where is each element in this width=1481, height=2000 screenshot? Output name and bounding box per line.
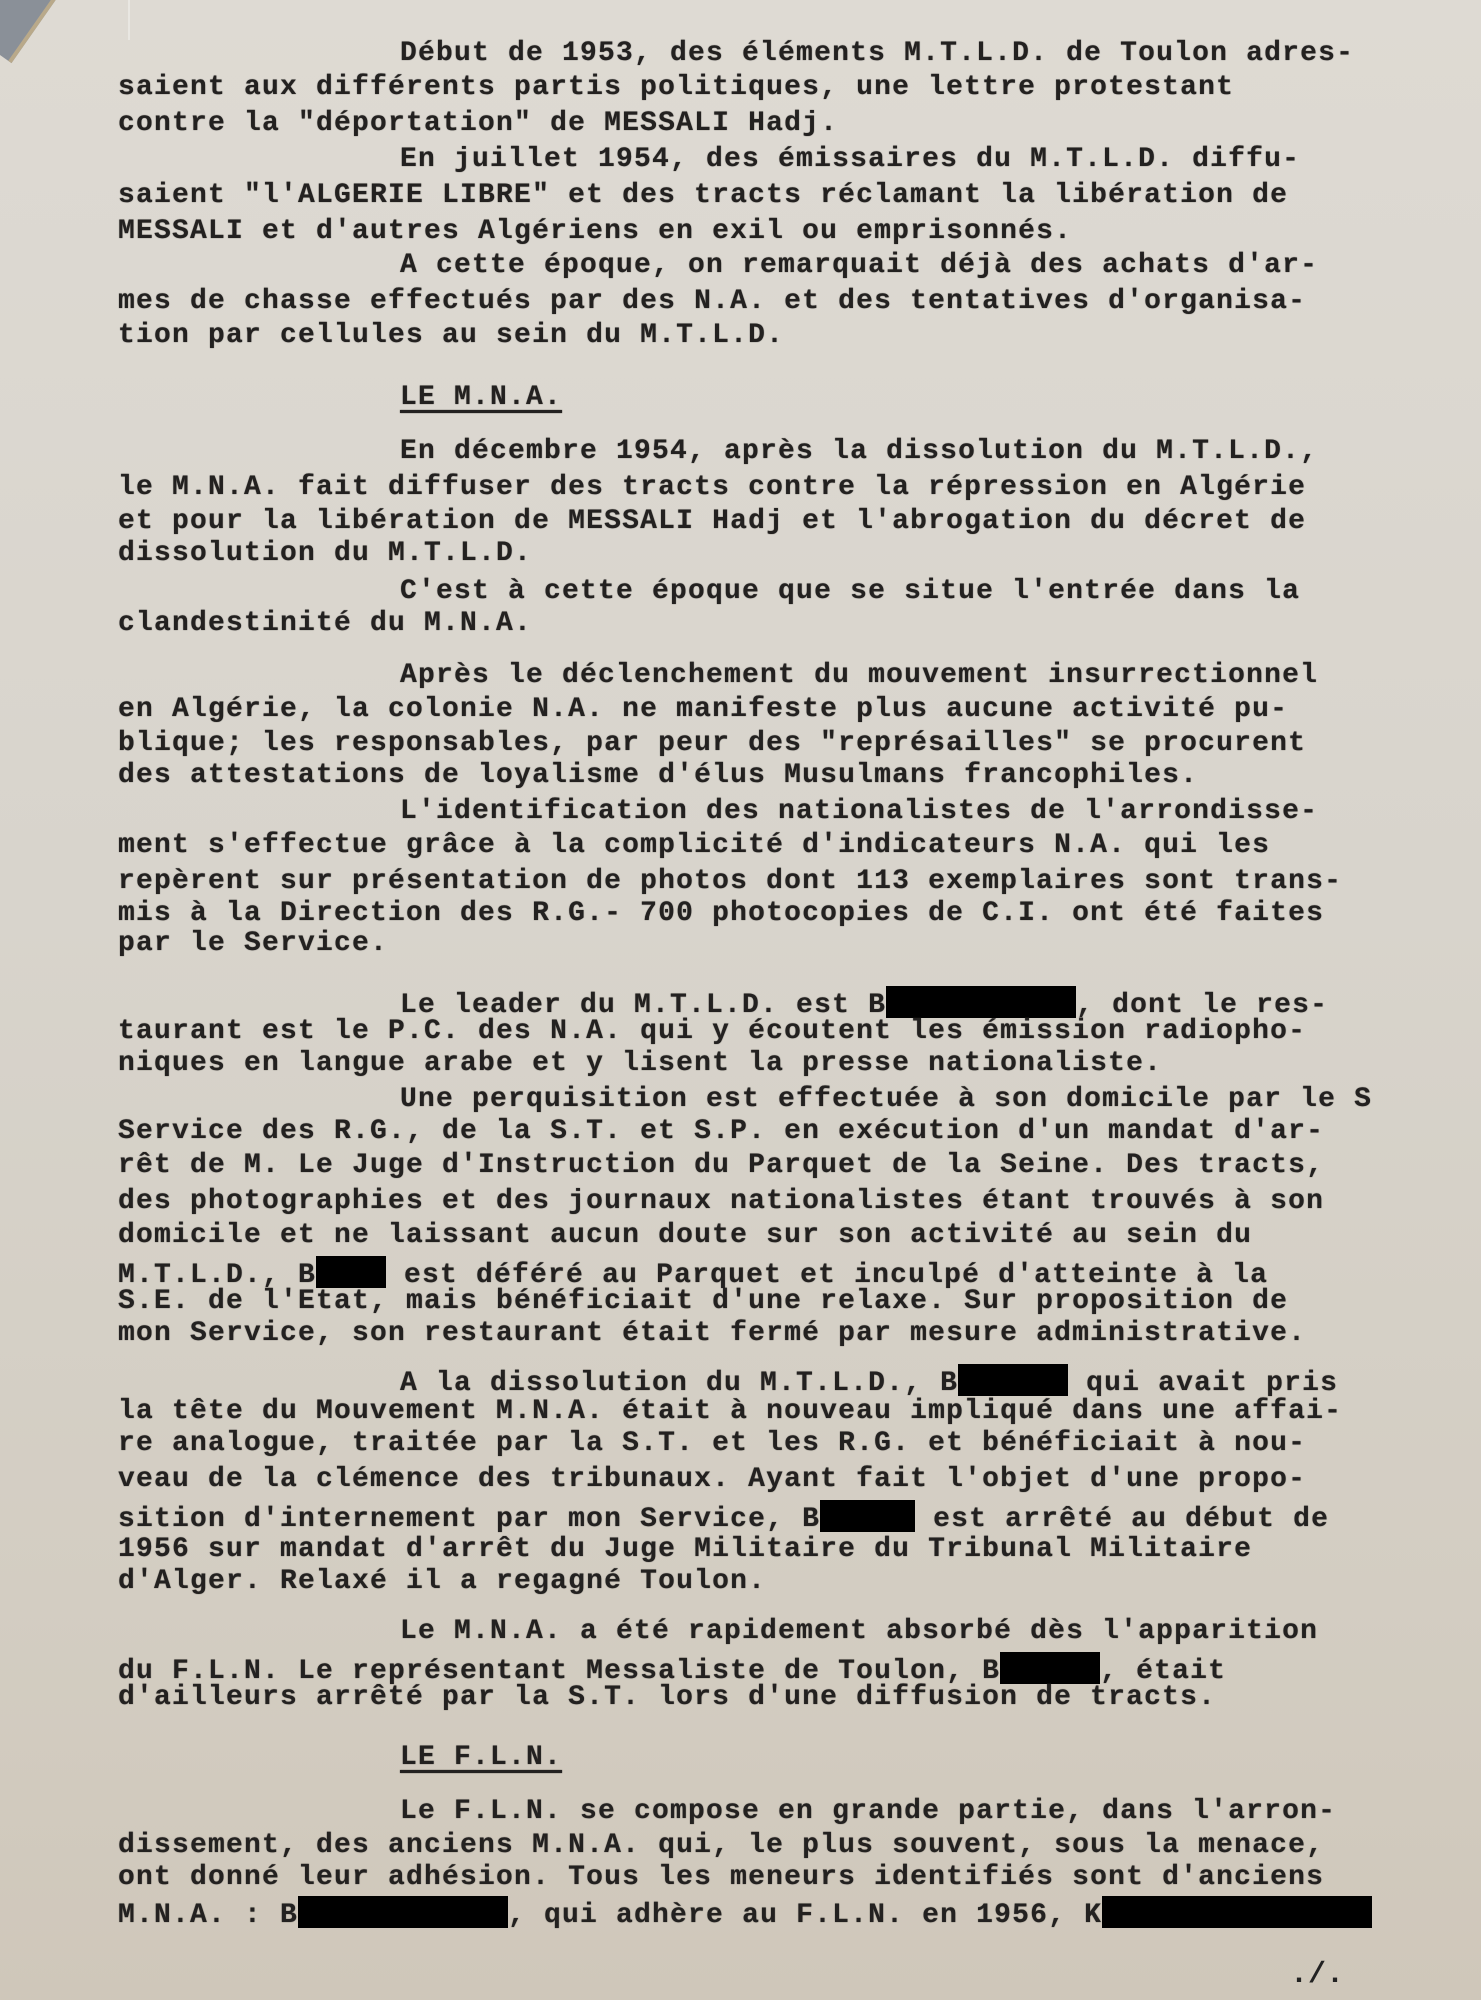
text-line: des photographies et des journaux nation… [118,1188,1324,1216]
text-line: dissolution du M.T.L.D. [118,540,532,568]
text-line: Après le déclenchement du mouvement insu… [400,662,1318,690]
text-line: le M.N.A. fait diffuser des tracts contr… [118,474,1306,502]
redaction-box [1000,1652,1100,1684]
text-line: taurant est le P.C. des N.A. qui y écout… [118,1018,1306,1046]
text-line: Le F.L.N. se compose en grande partie, d… [400,1798,1336,1826]
text-line: et pour la libération de MESSALI Hadj et… [118,508,1306,536]
text-line: niques en langue arabe et y lisent la pr… [118,1050,1162,1078]
text-line: Service des R.G., de la S.T. et S.P. en … [118,1118,1324,1146]
text-line: Le leader du M.T.L.D. est B, dont le res… [400,986,1328,1020]
text-line: M.N.A. : B, qui adhère au F.L.N. en 1956… [118,1896,1372,1930]
text-line: domicile et ne laissant aucun doute sur … [118,1222,1252,1250]
text-line: sition d'internement par mon Service, B … [118,1500,1329,1534]
text-line: En décembre 1954, après la dissolution d… [400,438,1318,466]
text-line: ment s'effectue grâce à la complicité d'… [118,832,1270,860]
text-line: par le Service. [118,930,388,958]
section-heading: LE M.N.A. [400,384,562,412]
text-line: re analogue, traitée par la S.T. et les … [118,1430,1306,1458]
text-line: A cette époque, on remarquait déjà des a… [400,252,1318,280]
text-line: des attestations de loyalisme d'élus Mus… [118,762,1198,790]
redaction-box [958,1364,1068,1396]
text-line: mes de chasse effectués par des N.A. et … [118,288,1306,316]
text-line: clandestinité du M.N.A. [118,610,532,638]
text-line: saient aux différents partis politiques,… [118,74,1234,102]
text-line: du F.L.N. Le représentant Messaliste de … [118,1652,1226,1686]
text-line: mon Service, son restaurant était fermé … [118,1320,1306,1348]
text-line: saient "l'ALGERIE LIBRE" et des tracts r… [118,182,1288,210]
text-line: d'Alger. Relaxé il a regagné Toulon. [118,1568,766,1596]
text-line: veau de la clémence des tribunaux. Ayant… [118,1466,1306,1494]
redaction-box [1102,1896,1372,1928]
text-line: rêt de M. Le Juge d'Instruction du Parqu… [118,1152,1324,1180]
text-line: tion par cellules au sein du M.T.L.D. [118,322,784,350]
text-line: MESSALI et d'autres Algériens en exil ou… [118,218,1072,246]
paper-crease [128,0,130,40]
text-line: C'est à cette époque que se situe l'entr… [400,578,1300,606]
text-line: L'identification des nationalistes de l'… [400,798,1318,826]
text-line: Début de 1953, des éléments M.T.L.D. de … [400,40,1354,68]
redaction-box [316,1256,386,1288]
text-line: Une perquisition est effectuée à son dom… [400,1086,1372,1114]
redaction-box [820,1500,915,1532]
redaction-box [886,986,1076,1018]
text-line: Le M.N.A. a été rapidement absorbé dès l… [400,1618,1318,1646]
text-line: en Algérie, la colonie N.A. ne manifeste… [118,696,1288,724]
text-line: S.E. de l'Etat, mais bénéficiait d'une r… [118,1288,1288,1316]
text-line: blique; les responsables, par peur des "… [118,730,1306,758]
redaction-box [298,1896,508,1928]
section-heading: LE F.L.N. [400,1744,562,1772]
text-line: A la dissolution du M.T.L.D., B qui avai… [400,1364,1338,1398]
text-line: d'ailleurs arrêté par la S.T. lors d'une… [118,1684,1216,1712]
text-line: mis à la Direction des R.G.- 700 photoco… [118,900,1324,928]
text-line: repèrent sur présentation de photos dont… [118,868,1342,896]
text-line: En juillet 1954, des émissaires du M.T.L… [400,146,1300,174]
text-line: contre la "déportation" de MESSALI Hadj. [118,110,838,138]
text-line: la tête du Mouvement M.N.A. était à nouv… [118,1398,1342,1426]
text-line: M.T.L.D., B est déféré au Parquet et inc… [118,1256,1268,1290]
text-line: ont donné leur adhésion. Tous les meneur… [118,1864,1324,1892]
text-line: 1956 sur mandat d'arrêt du Juge Militair… [118,1536,1252,1564]
continuation-mark: ./. [1290,1958,1344,1992]
text-line: dissement, des anciens M.N.A. qui, le pl… [118,1832,1324,1860]
